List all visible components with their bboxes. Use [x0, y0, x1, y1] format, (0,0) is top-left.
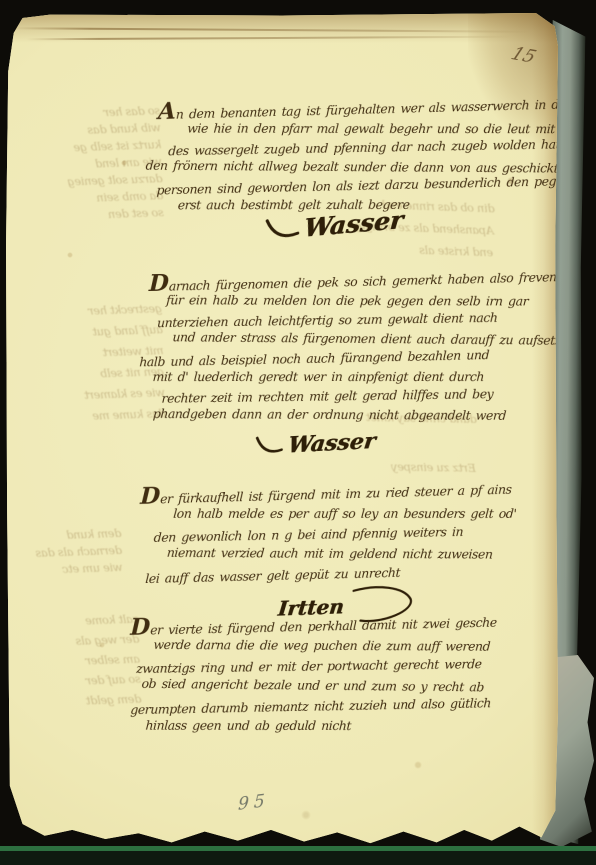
bleed-line: Ertz zu einspey	[256, 456, 476, 477]
paragraph-2: Darnach fürgenomen die pek so sich gemer…	[132, 268, 563, 425]
heading-text: Wasser	[286, 428, 377, 459]
text-line: phandgeben dann an der ordnung nicht abg…	[152, 404, 557, 425]
flourish-stroke-icon	[253, 435, 286, 459]
page-number: 95	[238, 791, 270, 815]
bleed-line: wie um etc	[0, 559, 123, 580]
manuscript-page: 15 so das her wib kund das kurtz ist sel…	[6, 13, 558, 844]
table-edge-shadow	[0, 851, 596, 865]
bleedthrough-margin-3: dem kund dernach als das wie um etc	[0, 525, 123, 580]
paragraph-4: Der vierte ist fürgend den perkhall dami…	[119, 612, 563, 737]
paragraph-3: Der fürkaufhell ist fürgend mit im zu ri…	[127, 479, 565, 586]
flourish-stroke-icon	[263, 215, 301, 244]
text-line: hinlass geen und ab geduld nicht	[145, 716, 558, 737]
bleedthrough-margin-1: so das her wib kund das kurtz ist selb g…	[0, 102, 164, 227]
paragraph-1: An dem benanten tag ist fürgehalten wer …	[141, 96, 550, 216]
manuscript-scan: 15 so das her wib kund das kurtz ist sel…	[0, 0, 596, 865]
